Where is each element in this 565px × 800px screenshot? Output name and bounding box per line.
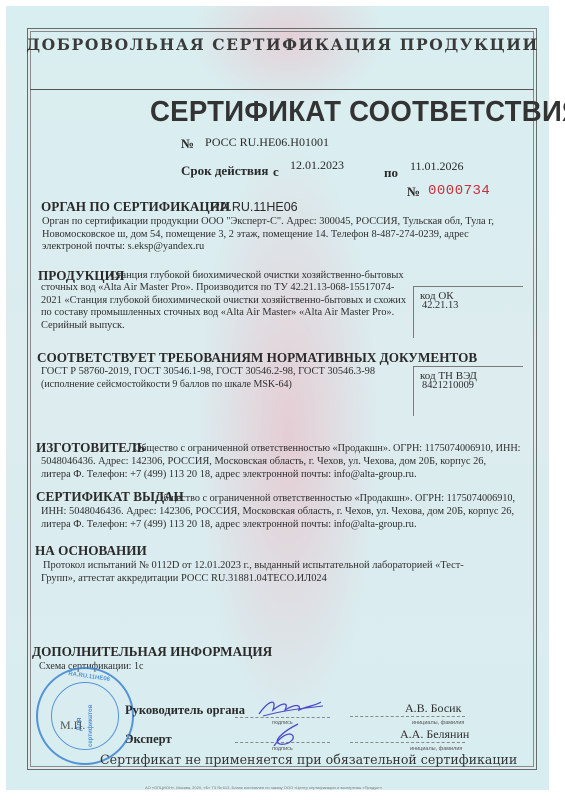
okpd-code-box: код ОК 42.21.13 — [413, 286, 523, 338]
certification-body-details: Орган по сертификации продукции ООО "Экс… — [42, 216, 520, 254]
expert-label: Эксперт — [125, 732, 172, 747]
seal-center-text-2: сертификатов — [88, 705, 94, 747]
seal-stamp: RA.RU.11НЕ06 Для сертификатов — [36, 667, 134, 765]
expert-name: А.А. Белянин — [400, 727, 469, 742]
validity-from-label: с — [273, 164, 279, 180]
basis-heading: НА ОСНОВАНИИ — [35, 543, 147, 559]
compliance-standards: ГОСТ Р 58760-2019, ГОСТ 30546.1-98, ГОСТ… — [41, 366, 375, 377]
certification-body-code: RA.RU.11НЕ06 — [211, 200, 298, 214]
head-name-line — [350, 716, 465, 717]
stamp-place-label: М.П. — [60, 718, 85, 733]
product-description: сточных вод «Alta Air Master Pro». Произ… — [41, 282, 413, 332]
certificate-number: РОСС RU.НЕ06.Н01001 — [205, 135, 329, 150]
printer-imprint: АО «ОПЦИОН», Москва, 2020, «Б» Т3 № 613.… — [145, 785, 383, 790]
additional-info-heading: ДОПОЛНИТЕЛЬНАЯ ИНФОРМАЦИЯ — [32, 644, 272, 660]
head-signature — [255, 696, 325, 720]
tnved-code-box: код ТН ВЭД 8421210009 — [413, 366, 523, 416]
validity-label: Срок действия — [181, 163, 268, 179]
valid-to-date: 11.01.2026 — [410, 159, 464, 174]
product-text-first: Станция глубокой биохимической очистки х… — [110, 270, 404, 281]
manufacturer-heading: ИЗГОТОВИТЕЛЬ — [36, 440, 145, 456]
validity-to-label: по — [384, 165, 398, 181]
blank-number-sign: № — [407, 184, 420, 200]
compliance-note: (исполнение сейсмостойкости 9 баллов по … — [41, 379, 292, 390]
certificate-title: СЕРТИФИКАТ СООТВЕТСТВИЯ — [150, 96, 565, 129]
issued-to-details: ИНН: 5048046436. Адрес: 142306, РОССИЯ, … — [41, 506, 521, 531]
voluntary-only-note: Сертификат не применяется при обязательн… — [100, 752, 517, 767]
head-of-body-label: Руководитель органа — [125, 703, 245, 718]
voluntary-certification-title: ДОБРОВОЛЬНАЯ СЕРТИФИКАЦИЯ ПРОДУКЦИИ — [0, 35, 565, 54]
blank-number: 0000734 — [428, 183, 490, 199]
header-divider — [30, 89, 534, 90]
issued-to-text-first: Общество с ограниченной ответственностью… — [156, 493, 515, 504]
seal-code: RA.RU.11НЕ06 — [68, 671, 110, 683]
manufacturer-details: 5048046436. Адрес: 142306, РОССИЯ, Моско… — [41, 456, 501, 481]
manufacturer-text-first: Общество с ограниченной ответственностью… — [134, 443, 521, 454]
head-name-caption: инициалы, фамилия — [412, 720, 464, 726]
number-sign: № — [181, 136, 194, 152]
head-name: А.В. Босик — [405, 701, 461, 716]
valid-from-date: 12.01.2023 — [290, 158, 344, 173]
seal-inner-ring — [51, 682, 119, 750]
expert-name-line — [350, 742, 465, 743]
basis-details: Протокол испытаний № 0112D от 12.01.2023… — [41, 560, 481, 585]
compliance-heading: СООТВЕТСТВУЕТ ТРЕБОВАНИЯМ НОРМАТИВНЫХ ДО… — [37, 350, 477, 366]
certification-body-heading: ОРГАН ПО СЕРТИФИКАЦИИ — [41, 199, 230, 215]
tnved-code-value: 8421210009 — [422, 381, 523, 391]
expert-signature — [268, 722, 308, 748]
okpd-code-value: 42.21.13 — [422, 301, 523, 311]
